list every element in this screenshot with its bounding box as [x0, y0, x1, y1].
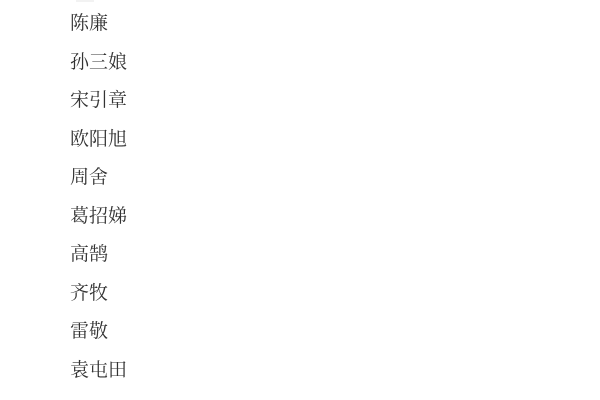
name-list-item[interactable]: 宋引章 — [70, 81, 127, 120]
name-list-item[interactable]: 雷敬 — [70, 312, 127, 351]
name-list-item[interactable]: 袁屯田 — [70, 351, 127, 390]
name-list-item[interactable]: 高鹄 — [70, 235, 127, 274]
name-list-item[interactable]: 周舍 — [70, 158, 127, 197]
name-list-item[interactable]: 孙三娘 — [70, 43, 127, 82]
name-list: 陈廉 孙三娘 宋引章 欧阳旭 周舍 葛招娣 高鹄 齐牧 雷敬 袁屯田 — [70, 4, 127, 389]
name-list-item[interactable]: 齐牧 — [70, 274, 127, 313]
cutoff-row-fragment — [76, 0, 94, 2]
name-list-item[interactable]: 葛招娣 — [70, 197, 127, 236]
name-list-item[interactable]: 陈廉 — [70, 4, 127, 43]
name-list-item[interactable]: 欧阳旭 — [70, 120, 127, 159]
